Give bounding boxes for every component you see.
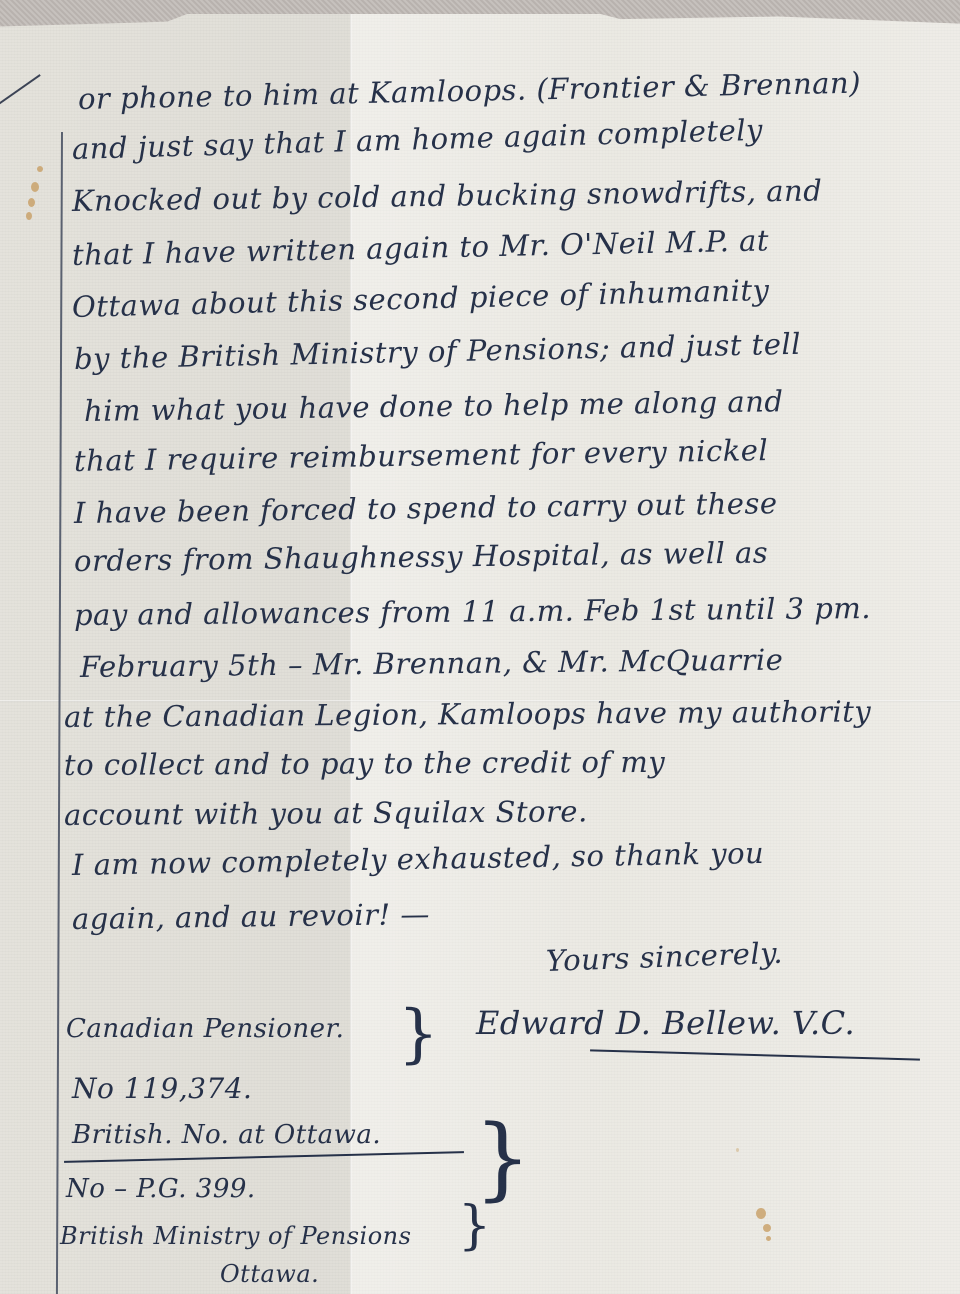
- canadian-pensioner-label: Canadian Pensioner.: [66, 1014, 344, 1044]
- stain-spot: [37, 166, 43, 172]
- brace-mark: }: [458, 1200, 491, 1252]
- brace-mark: }: [474, 1114, 531, 1204]
- british-number-label: British. No. at Ottawa.: [72, 1120, 381, 1150]
- stain-spot: [763, 1224, 771, 1232]
- stain-spot: [756, 1208, 766, 1219]
- letter-line: account with you at Squilax Store.: [64, 794, 588, 832]
- stain-spot: [26, 212, 32, 220]
- letter-line: again, and au revoir! —: [72, 897, 430, 936]
- letter-line: at the Canadian Legion, Kamloops have my…: [64, 694, 871, 734]
- ministry-city: Ottawa.: [220, 1260, 319, 1280]
- british-pension-number: No – P.G. 399.: [66, 1174, 256, 1204]
- stain-spot: [766, 1236, 771, 1241]
- stain-spot: [736, 1148, 739, 1152]
- letter-signature: Edward D. Bellew. V.C.: [476, 1004, 855, 1042]
- brace-mark: }: [398, 1002, 439, 1066]
- letter-line: pay and allowances from 11 a.m. Feb 1st …: [74, 591, 871, 632]
- canadian-pensioner-number: No 119,374.: [72, 1072, 252, 1105]
- letter-page: or phone to him at Kamloops. (Frontier &…: [0, 14, 960, 1280]
- stain-spot: [28, 198, 35, 207]
- letter-line: to collect and to pay to the credit of m…: [64, 745, 665, 782]
- stain-spot: [31, 182, 39, 192]
- british-ministry-name: British Ministry of Pensions: [60, 1222, 411, 1250]
